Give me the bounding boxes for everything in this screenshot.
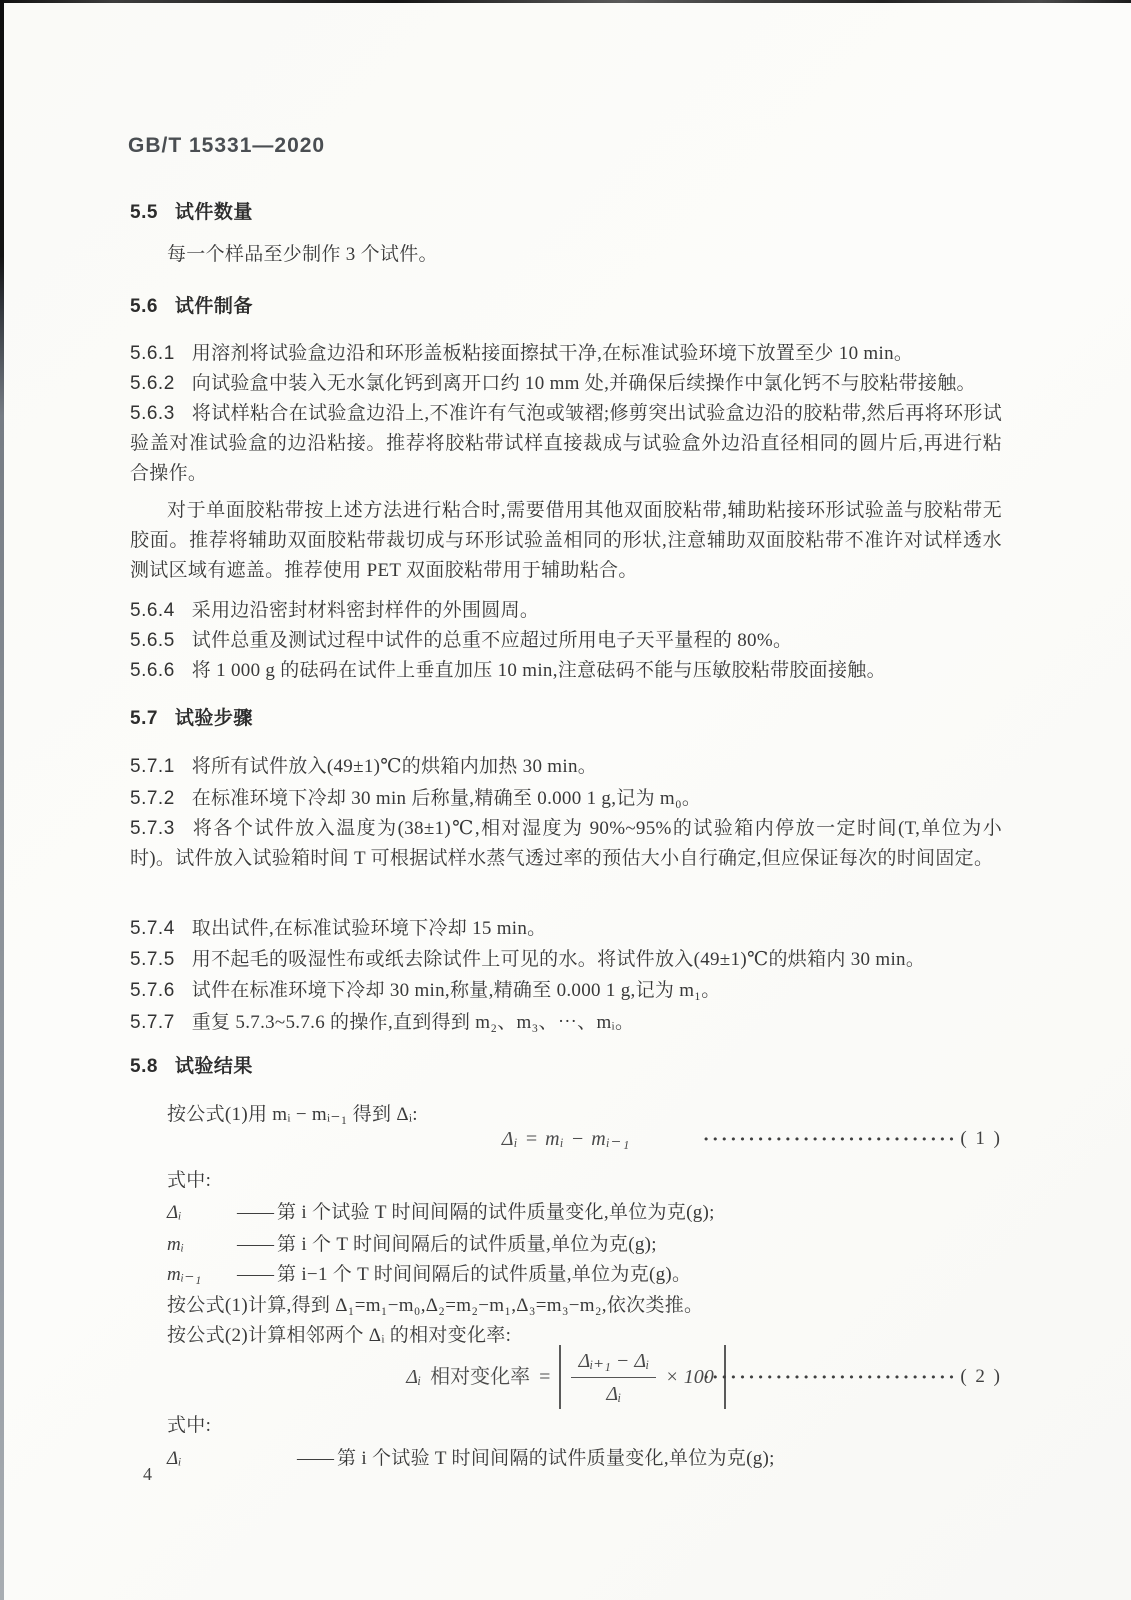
clause-text: 用溶剂将试验盒边沿和环形盖板粘接面擦拭干净,在标准试验环境下放置至少 10 mi… xyxy=(192,343,913,364)
formula-2-number: ( 2 ) xyxy=(960,1366,1002,1388)
definition-dash: —— xyxy=(237,1260,273,1290)
section-heading-5-8: 5.8试验结果 xyxy=(130,1054,253,1080)
formula-2-lhs-text: 相对变化率 xyxy=(430,1365,530,1389)
section-number: 5.8 xyxy=(130,1056,158,1077)
equals-sign: = xyxy=(539,1365,550,1389)
section-number: 5.7 xyxy=(130,708,158,729)
clause-5-7-4: 5.7.4取出试件,在标准试验环境下冷却 15 min。 xyxy=(130,914,1002,944)
paragraph-specimen-count: 每一个样品至少制作 3 个试件。 xyxy=(130,240,1002,270)
clause-text: 将所有试件放入(49±1)℃的烘箱内加热 30 min。 xyxy=(192,756,597,777)
formula-2-leader: ••••••••••••••••••••••••••••( 2 ) xyxy=(703,1345,1002,1409)
absolute-value-bars: Δᵢ₊₁ − Δᵢ Δᵢ × 100 xyxy=(559,1345,725,1409)
variable-definition-m-i: mᵢ——第 i 个 T 时间间隔后的试件质量,单位为克(g); xyxy=(167,1230,1002,1260)
clause-number: 5.6.2 xyxy=(130,373,175,394)
document-page: GB/T 15331—2020 5.5试件数量 每一个样品至少制作 3 个试件。… xyxy=(0,0,1131,1600)
variable-symbol: mᵢ xyxy=(167,1230,237,1260)
scan-left-edge-artifact xyxy=(0,0,4,1600)
fraction-numerator: Δᵢ₊₁ − Δᵢ xyxy=(571,1349,656,1378)
variable-definition-delta-i-2: Δᵢ——第 i 个试验 T 时间间隔的试件质量变化,单位为克(g); xyxy=(167,1444,1002,1474)
clause-text: 将试样粘合在试验盒边沿上,不准许有气泡或皱褶;修剪突出试验盒边沿的胶粘带,然后再… xyxy=(130,403,1002,484)
section-number: 5.6 xyxy=(130,296,158,317)
clause-5-6-2: 5.6.2向试验盒中装入无水氯化钙到离开口约 10 mm 处,并确保后续操作中氯… xyxy=(130,369,1002,399)
clause-text: 用不起毛的吸湿性布或纸去除试件上可见的水。将试件放入(49±1)℃的烘箱内 30… xyxy=(192,949,925,970)
clause-number: 5.7.6 xyxy=(130,980,175,1001)
definition-dash: —— xyxy=(237,1198,273,1228)
definition-dash: —— xyxy=(237,1230,273,1260)
definition-dash: —— xyxy=(297,1444,333,1474)
clause-5-7-6: 5.7.6试件在标准环境下冷却 30 min,称量,精确至 0.000 1 g,… xyxy=(130,976,1002,1006)
section-title: 试验结果 xyxy=(175,1056,253,1077)
section-number: 5.5 xyxy=(130,202,158,223)
clause-text: 试件总重及测试过程中试件的总重不应超过所用电子天平量程的 80%。 xyxy=(192,630,792,651)
clause-5-6-4: 5.6.4采用边沿密封材料密封样件的外围圆周。 xyxy=(130,596,1002,626)
leader-dots: •••••••••••••••••••••••••••• xyxy=(703,1371,957,1384)
clause-5-7-1: 5.7.1将所有试件放入(49±1)℃的烘箱内加热 30 min。 xyxy=(130,752,1002,782)
paragraph-single-sided-tape-note: 对于单面胶粘带按上述方法进行粘合时,需要借用其他双面胶粘带,辅助粘接环形试验盖与… xyxy=(130,496,1002,586)
definition-text: 第 i 个试验 T 时间间隔的试件质量变化,单位为克(g); xyxy=(337,1444,775,1474)
where-label-2: 式中: xyxy=(167,1411,1002,1441)
doc-number: GB/T 15331—2020 xyxy=(128,133,325,159)
section-heading-5-7: 5.7试验步骤 xyxy=(130,706,253,732)
section-title: 试验步骤 xyxy=(175,708,253,729)
clause-number: 5.7.5 xyxy=(130,949,175,970)
variable-definition-m-i-1: mᵢ₋₁——第 i−1 个 T 时间间隔后的试件质量,单位为克(g)。 xyxy=(167,1260,1002,1290)
clause-number: 5.6.3 xyxy=(130,403,175,424)
clause-text: 重复 5.7.3~5.7.6 的操作,直到得到 m₂、m₃、⋯、mᵢ。 xyxy=(192,1012,634,1033)
clause-text: 取出试件,在标准试验环境下冷却 15 min。 xyxy=(192,918,547,939)
section-heading-5-6: 5.6试件制备 xyxy=(130,294,253,320)
clause-text: 在标准环境下冷却 30 min 后称量,精确至 0.000 1 g,记为 m₀。 xyxy=(192,788,701,809)
clause-text: 试件在标准环境下冷却 30 min,称量,精确至 0.000 1 g,记为 m₁… xyxy=(192,980,721,1001)
leader-dots: •••••••••••••••••••••••••••• xyxy=(703,1133,957,1146)
definition-text: 第 i 个 T 时间间隔后的试件质量,单位为克(g); xyxy=(277,1230,657,1260)
clause-number: 5.7.3 xyxy=(130,818,175,839)
paragraph-calc1: 按公式(1)计算,得到 Δ₁=m₁−m₀,Δ₂=m₂−m₁,Δ₃=m₃−m₂,依… xyxy=(130,1291,1002,1321)
formula-2: Δᵢ 相对变化率 = Δᵢ₊₁ − Δᵢ Δᵢ × 100 ••••••••••… xyxy=(130,1345,1002,1409)
variable-symbol: Δᵢ xyxy=(167,1444,297,1474)
clause-number: 5.6.6 xyxy=(130,660,175,681)
fraction-denominator: Δᵢ xyxy=(606,1378,621,1406)
variable-symbol: mᵢ₋₁ xyxy=(167,1260,237,1290)
definition-text: 第 i−1 个 T 时间间隔后的试件质量,单位为克(g)。 xyxy=(277,1260,691,1290)
clause-number: 5.7.4 xyxy=(130,918,175,939)
scan-top-edge-artifact xyxy=(0,0,1131,3)
clause-number: 5.6.1 xyxy=(130,343,175,364)
clause-5-7-2: 5.7.2在标准环境下冷却 30 min 后称量,精确至 0.000 1 g,记… xyxy=(130,784,1002,814)
variable-definition-delta-i: Δᵢ——第 i 个试验 T 时间间隔的试件质量变化,单位为克(g); xyxy=(167,1198,1002,1228)
formula-1: Δᵢ = mᵢ − mᵢ₋₁ •••••••••••••••••••••••••… xyxy=(130,1122,1002,1156)
clause-5-7-7: 5.7.7重复 5.7.3~5.7.6 的操作,直到得到 m₂、m₃、⋯、mᵢ。 xyxy=(130,1008,1002,1038)
clause-text: 将各个试件放入温度为(38±1)℃,相对湿度为 90%~95%的试验箱内停放一定… xyxy=(130,818,1002,869)
clause-5-6-1: 5.6.1用溶剂将试验盒边沿和环形盖板粘接面擦拭干净,在标准试验环境下放置至少 … xyxy=(130,339,1002,369)
clause-number: 5.7.1 xyxy=(130,756,175,777)
clause-text: 采用边沿密封材料密封样件的外围圆周。 xyxy=(192,600,539,621)
clause-number: 5.7.2 xyxy=(130,788,175,809)
section-heading-5-5: 5.5试件数量 xyxy=(130,200,253,226)
clause-text: 将 1 000 g 的砝码在试件上垂直加压 10 min,注意砝码不能与压敏胶粘… xyxy=(192,660,886,681)
clause-5-6-3: 5.6.3将试样粘合在试验盒边沿上,不准许有气泡或皱褶;修剪突出试验盒边沿的胶粘… xyxy=(130,399,1002,489)
fraction: Δᵢ₊₁ − Δᵢ Δᵢ xyxy=(571,1349,656,1406)
formula-1-number: ( 1 ) xyxy=(960,1128,1002,1150)
clause-5-6-5: 5.6.5试件总重及测试过程中试件的总重不应超过所用电子天平量程的 80%。 xyxy=(130,626,1002,656)
formula-1-leader: ••••••••••••••••••••••••••••( 1 ) xyxy=(703,1122,1002,1156)
section-title: 试件制备 xyxy=(175,296,253,317)
definition-text: 第 i 个试验 T 时间间隔的试件质量变化,单位为克(g); xyxy=(277,1198,715,1228)
clause-5-7-5: 5.7.5用不起毛的吸湿性布或纸去除试件上可见的水。将试件放入(49±1)℃的烘… xyxy=(130,945,1002,975)
clause-number: 5.6.5 xyxy=(130,630,175,651)
clause-number: 5.7.7 xyxy=(130,1012,175,1033)
section-title: 试件数量 xyxy=(175,202,253,223)
where-label-1: 式中: xyxy=(167,1166,1002,1196)
page-number: 4 xyxy=(143,1462,152,1486)
clause-number: 5.6.4 xyxy=(130,600,175,621)
clause-text: 向试验盒中装入无水氯化钙到离开口约 10 mm 处,并确保后续操作中氯化钙不与胶… xyxy=(192,373,976,394)
clause-5-7-3: 5.7.3将各个试件放入温度为(38±1)℃,相对湿度为 90%~95%的试验箱… xyxy=(130,814,1002,874)
formula-2-lhs-variable: Δᵢ xyxy=(406,1365,421,1389)
clause-5-6-6: 5.6.6将 1 000 g 的砝码在试件上垂直加压 10 min,注意砝码不能… xyxy=(130,656,1002,686)
variable-symbol: Δᵢ xyxy=(167,1198,237,1228)
